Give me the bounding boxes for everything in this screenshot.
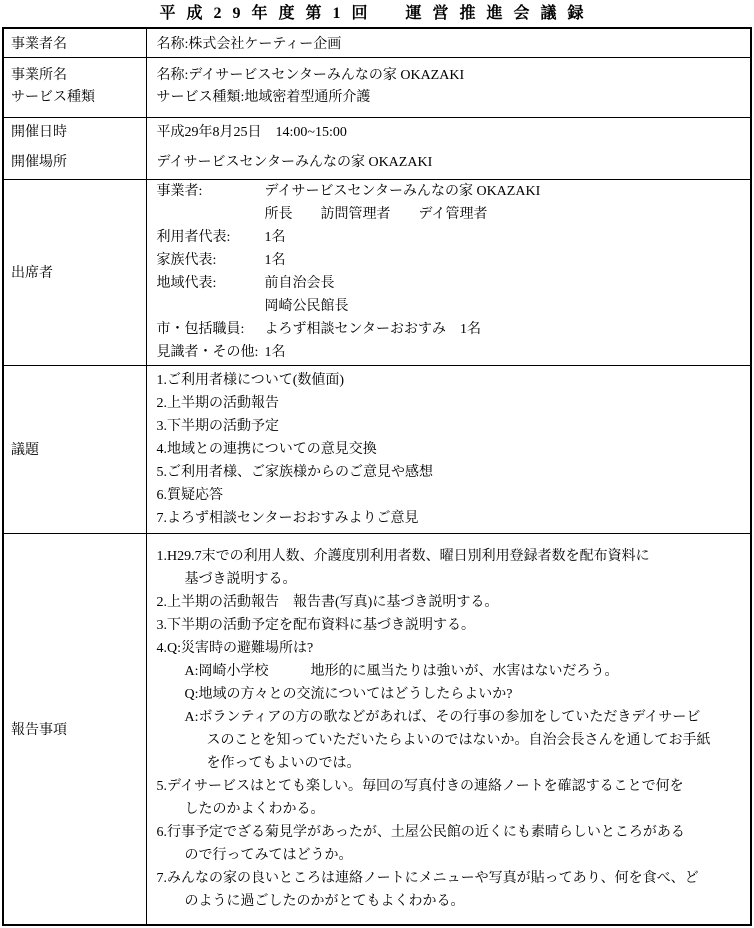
attendee-value: 前自治会長 [265, 276, 335, 291]
agenda-item: 6.質疑応答 [157, 484, 751, 507]
schedule-value-cell: 平成29年8月25日 14:00~15:00 デイサービスセンターみんなの家 O… [146, 117, 751, 179]
attendee-role: 家族代表: [157, 249, 265, 272]
report-line: 7.みんなの家の良いところは連絡ノートにメニューや写真が貼ってあり、何を食べ、ど [157, 867, 751, 890]
office-label-cell: 事業所名 サービス種類 [3, 57, 146, 117]
agenda-item: 3.下半期の活動予定 [157, 415, 751, 438]
report-line: 4.Q:災害時の避難場所は? [157, 637, 751, 660]
office-name-label: 事業所名 [11, 65, 146, 87]
attendee-row: 家族代表:1名 [157, 249, 751, 272]
service-type-label: サービス種類 [11, 87, 146, 109]
attendees-value-cell: 事業者:デイサービスセンターみんなの家 OKAZAKI 所長 訪問管理者 デイ管… [146, 179, 751, 365]
attendee-value: 1名 [265, 253, 286, 268]
report-line: A:岡崎小学校 地形的に風当たりは強いが、水害はないだろう。 [157, 660, 751, 683]
report-line: 2.上半期の活動報告 報告書(写真)に基づき説明する。 [157, 591, 751, 614]
agenda-item: 7.よろず相談センターおおすみよりご意見 [157, 507, 751, 530]
schedule-row: 開催日時 開催場所 平成29年8月25日 14:00~15:00 デイサービスセ… [3, 117, 751, 179]
attendee-row: 見識者・その他:1名 [157, 341, 751, 364]
attendee-value: デイサービスセンターみんなの家 OKAZAKI [265, 184, 541, 199]
agenda-item: 1.ご利用者様について(数値面) [157, 369, 751, 392]
attendee-value: 1名 [265, 230, 286, 245]
report-line: のように過ごしたのかがとてもよくわかる。 [157, 890, 751, 913]
datetime-label: 開催日時 [11, 118, 146, 148]
report-line: 6.行事予定でざる菊見学があったが、土屋公民館の近くにも素晴らしいところがある [157, 821, 751, 844]
attendee-row: 所長 訪問管理者 デイ管理者 [157, 203, 751, 226]
attendee-row: 事業者:デイサービスセンターみんなの家 OKAZAKI [157, 180, 751, 203]
schedule-label-cell: 開催日時 開催場所 [3, 117, 146, 179]
place-value: デイサービスセンターみんなの家 OKAZAKI [157, 148, 751, 178]
minutes-table: 事業者名 名称:株式会社ケーティー企画 事業所名 サービス種類 名称:デイサービ… [2, 27, 752, 926]
attendee-value: 所長 訪問管理者 デイ管理者 [265, 207, 488, 222]
attendee-row: 地域代表:前自治会長 [157, 272, 751, 295]
business-name-label: 事業者名 [3, 28, 146, 57]
attendee-role: 事業者: [157, 180, 265, 203]
attendees-label: 出席者 [3, 179, 146, 365]
office-name-value: 名称:デイサービスセンターみんなの家 OKAZAKI [157, 65, 751, 87]
attendee-value: よろず相談センターおおすみ 1名 [265, 322, 481, 337]
business-name-row: 事業者名 名称:株式会社ケーティー企画 [3, 28, 751, 57]
agenda-value-cell: 1.ご利用者様について(数値面) 2.上半期の活動報告 3.下半期の活動予定 4… [146, 365, 751, 533]
datetime-value: 平成29年8月25日 14:00~15:00 [157, 118, 751, 148]
attendee-role: 市・包括職員: [157, 318, 265, 341]
attendee-row: 利用者代表:1名 [157, 226, 751, 249]
office-row: 事業所名 サービス種類 名称:デイサービスセンターみんなの家 OKAZAKI サ… [3, 57, 751, 117]
attendee-row: 市・包括職員:よろず相談センターおおすみ 1名 [157, 318, 751, 341]
service-type-value: サービス種類:地域密着型通所介護 [157, 87, 751, 109]
attendee-row: 岡崎公民館長 [157, 295, 751, 318]
report-line: したのかよくわかる。 [157, 798, 751, 821]
attendee-value: 岡崎公民館長 [265, 299, 349, 314]
report-line: A:ボランティアの方の歌などがあれば、その行事の参加をしていただきデイサービ [157, 706, 751, 729]
attendee-role: 見識者・その他: [157, 341, 265, 364]
report-line: 1.H29.7末での利用人数、介護度別利用者数、曜日別利用登録者数を配布資料に [157, 545, 751, 568]
attendee-role: 地域代表: [157, 272, 265, 295]
report-line: を作ってもよいのでは。 [157, 752, 751, 775]
report-line: 基づき説明する。 [157, 568, 751, 591]
agenda-item: 2.上半期の活動報告 [157, 392, 751, 415]
reports-label: 報告事項 [3, 533, 146, 925]
reports-row: 報告事項 1.H29.7末での利用人数、介護度別利用者数、曜日別利用登録者数を配… [3, 533, 751, 925]
attendees-row: 出席者 事業者:デイサービスセンターみんなの家 OKAZAKI 所長 訪問管理者… [3, 179, 751, 365]
attendee-role: 利用者代表: [157, 226, 265, 249]
place-label: 開催場所 [11, 148, 146, 178]
agenda-item: 5.ご利用者様、ご家族様からのご意見や感想 [157, 461, 751, 484]
report-line: 5.デイサービスはとても楽しい。毎回の写真付きの連絡ノートを確認することで何を [157, 775, 751, 798]
reports-value-cell: 1.H29.7末での利用人数、介護度別利用者数、曜日別利用登録者数を配布資料に … [146, 533, 751, 925]
agenda-item: 4.地域との連携についての意見交換 [157, 438, 751, 461]
report-line: 3.下半期の活動予定を配布資料に基づき説明する。 [157, 614, 751, 637]
business-name-value: 名称:株式会社ケーティー企画 [146, 28, 751, 57]
report-line: Q:地域の方々との交流についてはどうしたらよいか? [157, 683, 751, 706]
agenda-label: 議題 [3, 365, 146, 533]
attendee-value: 1名 [265, 345, 286, 360]
document-title: 平成29年度第1回 運営推進会議録 [0, 0, 754, 27]
agenda-row: 議題 1.ご利用者様について(数値面) 2.上半期の活動報告 3.下半期の活動予… [3, 365, 751, 533]
report-line: スのことを知っていただいたらよいのではないか。自治会長さんを通してお手紙 [157, 729, 751, 752]
report-line: ので行ってみてはどうか。 [157, 844, 751, 867]
office-value-cell: 名称:デイサービスセンターみんなの家 OKAZAKI サービス種類:地域密着型通… [146, 57, 751, 117]
